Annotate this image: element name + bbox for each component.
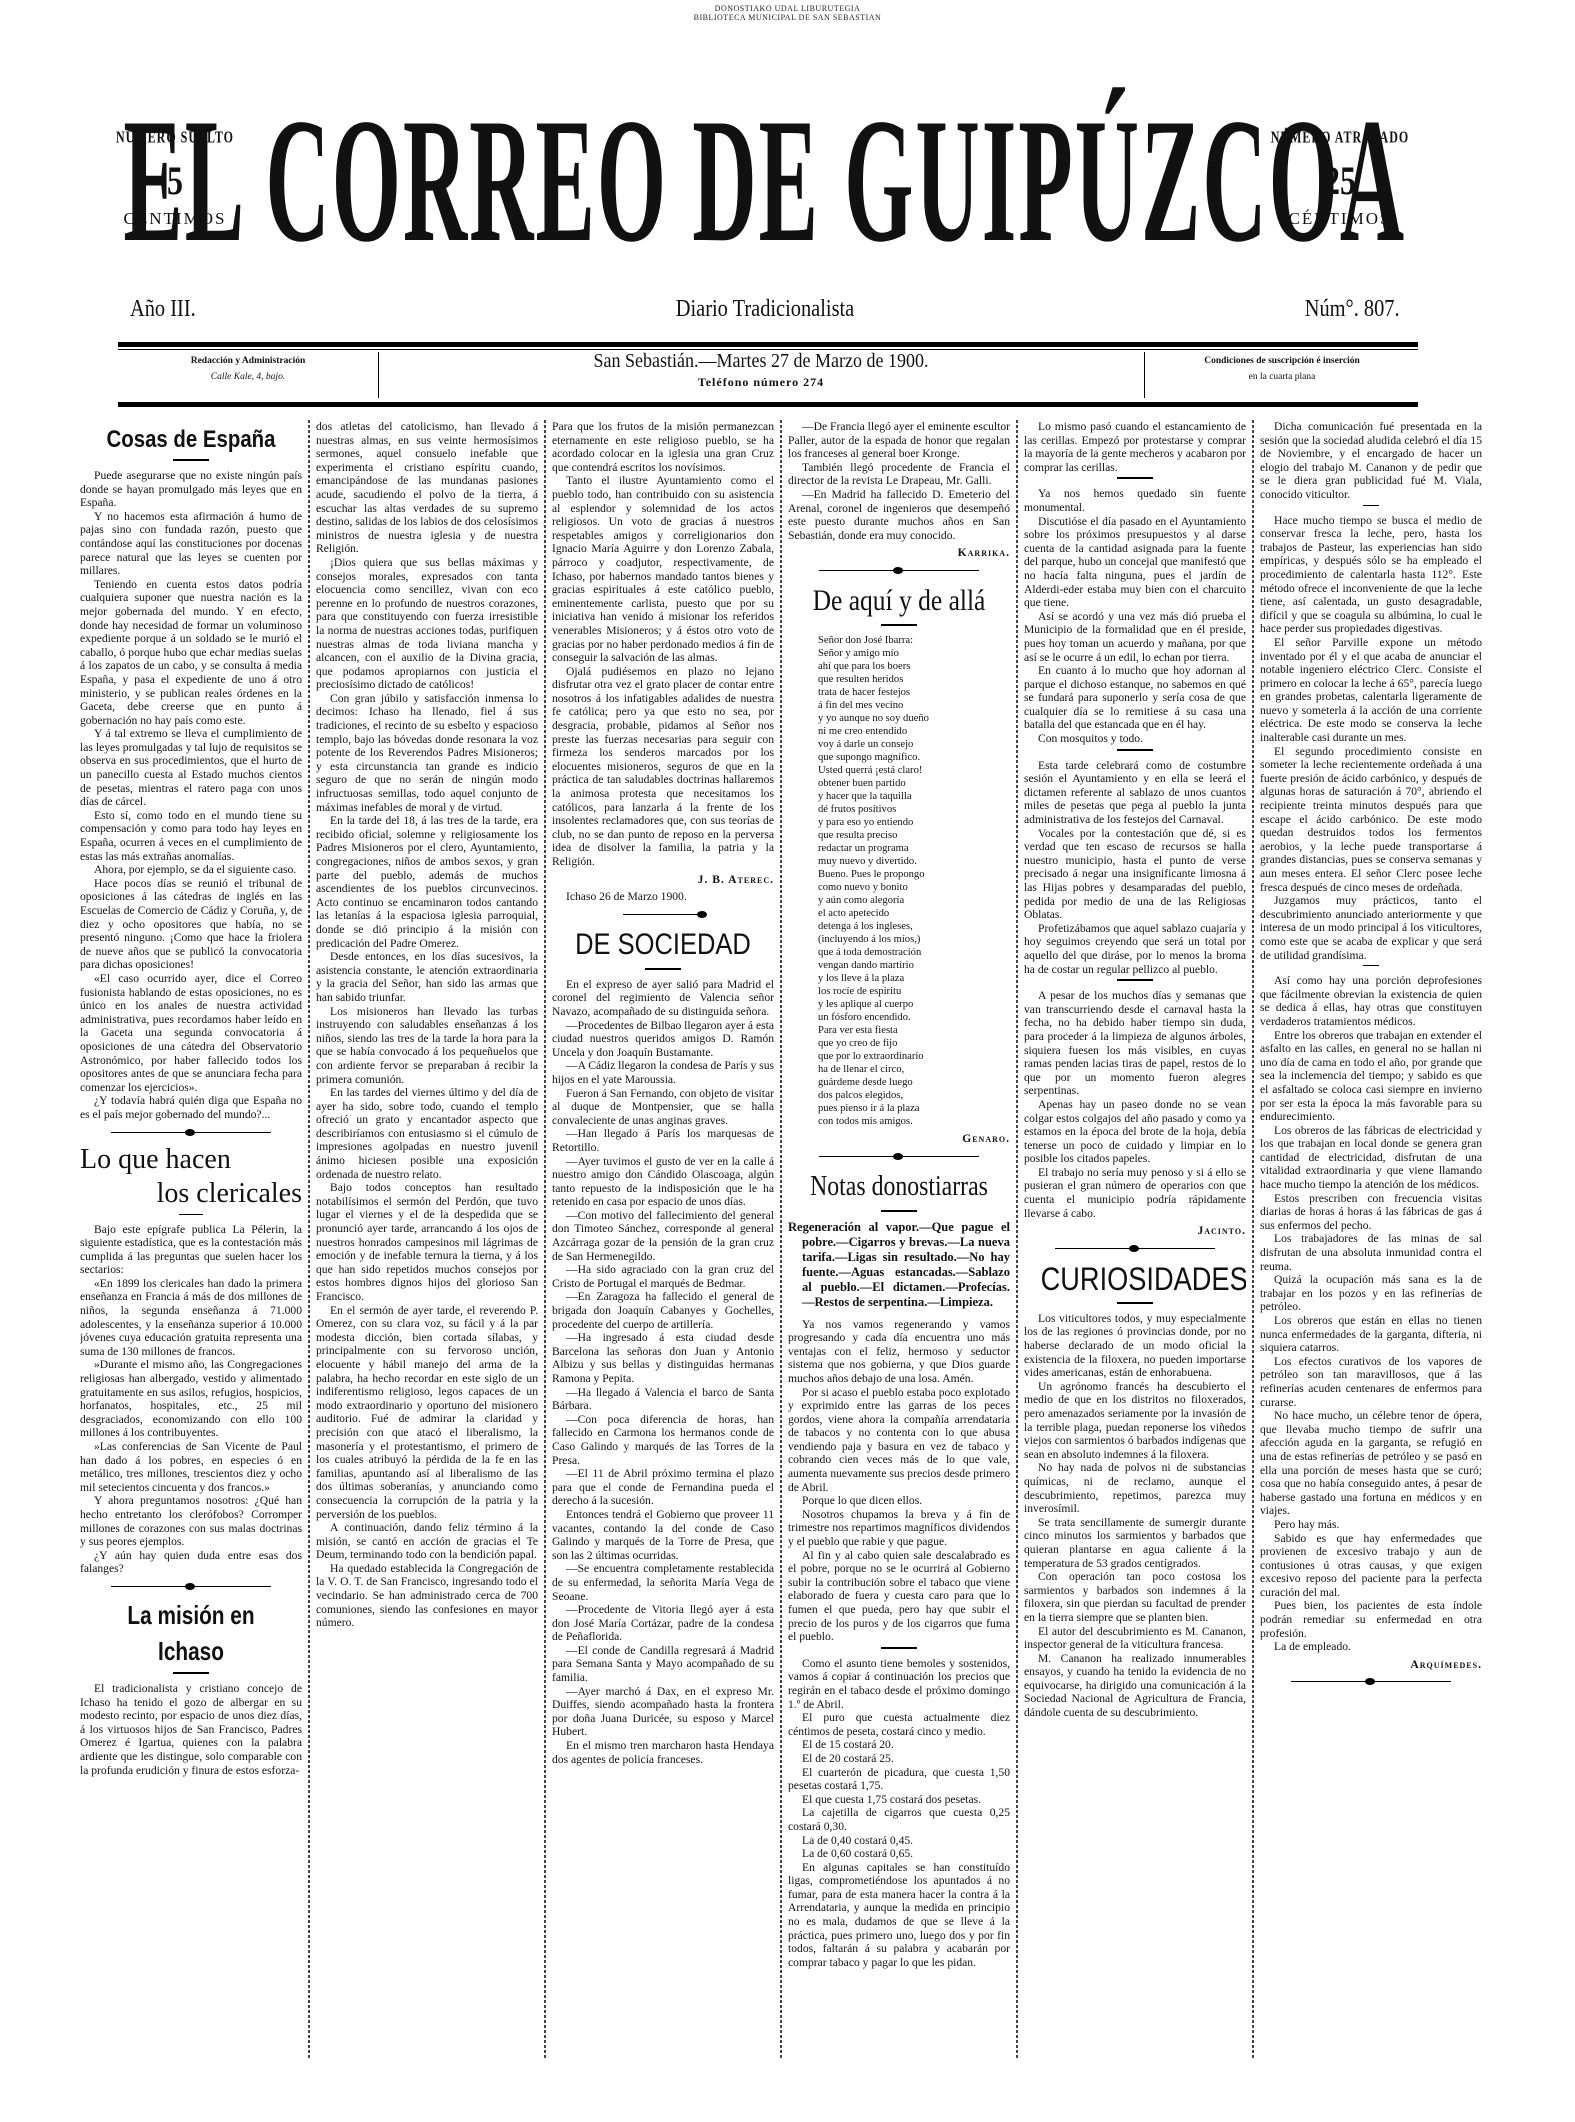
paragraph: —En Madrid ha fallecido D. Emeterio del … [788,488,1010,542]
ornamental-divider [111,1132,271,1133]
paragraph: Y ahora preguntamos nosotros: ¿Qué han h… [80,1494,302,1548]
paragraph: ¿Y aún hay quien duda entre esas dos fal… [80,1549,302,1576]
poem-line: pues pienso ir á la plaza [818,1102,1010,1115]
poem-line: y hacer que la taquilla [818,790,1010,803]
notas-summary: Regeneración al vapor.—Que pague el pobr… [788,1220,1010,1310]
paragraph: Con operación tan poco costosa los sarmi… [1024,1570,1246,1624]
price-line: La de 0,60 costará 0,65. [788,1847,1010,1861]
paragraph: Se trata sencillamente de sumergir duran… [1024,1516,1246,1570]
paragraph: En la tarde del 18, á las tres de la tar… [316,814,538,950]
ornamental-divider [623,914,703,915]
paragraph: —Ayer marchó á Dax, en el expreso Mr. Du… [552,1685,774,1739]
article-title-curiosidades: CURIOSIDADES [1041,1259,1230,1299]
paragraph: Estos prescriben con frecuencia visitas … [1260,1192,1482,1233]
poem-line: y los lleve á la plaza [818,972,1010,985]
poem-line: con todos mis amigos. [818,1115,1010,1128]
paragraph: A pesar de los muchos días y semanas que… [1024,989,1246,1098]
paragraph: Un agrónomo francés ha descubierto el me… [1024,1380,1246,1462]
section-break [1363,505,1379,506]
ornamental-divider [819,1156,979,1157]
paragraph: Ya nos vamos regenerando y vamos progres… [788,1318,1010,1386]
paragraph: En el sermón de ayer tarde, el reverendo… [316,1304,538,1522]
poem-line: obtener buen partido [818,777,1010,790]
paragraph: Ojalá pudiésemos en plazo no lejano disf… [552,665,774,869]
paragraph: ¡Dios quiera que sus bellas máximas y co… [316,556,538,692]
poem-line: redactar un programa [818,842,1010,855]
poem-line: Bueno. Pues le propongo [818,868,1010,881]
title-rule [881,1210,917,1212]
watermark-line-2: BIBLIOTECA MUNICIPAL DE SAN SEBASTIAN [0,13,1575,22]
publication-year: Año III. [130,296,196,323]
paragraph: No hay nada de polvos ni de substancias … [1024,1461,1246,1515]
column-rule [1016,420,1018,2060]
editorial-address: Redacción y Administración Calle Kale, 4… [118,350,378,400]
poem-line: y para eso yo entiendo [818,816,1010,829]
paragraph: Los efectos curativos de los vapores de … [1260,1355,1482,1409]
paragraph: Como el asunto tiene bemoles y sostenido… [788,1657,1010,1711]
paragraph: En el expreso de ayer salió para Madrid … [552,978,774,1019]
section-break [1363,965,1379,966]
price-line: El que cuesta 1,75 costará dos pesetas. [788,1793,1010,1807]
poem-line: Para ver esta fiesta [818,1024,1010,1037]
poem-line: como nuevo y bonito [818,881,1010,894]
poem-line: un fósforo encendido. [818,1011,1010,1024]
title-rule [173,1672,209,1674]
paragraph: Bajo todos conceptos han resultado notab… [316,1181,538,1303]
signature-arquimedes: Arquímedes. [1260,1658,1482,1672]
poem-line: los rocíe de espíritu [818,985,1010,998]
editorial-label: Redacción y Administración [118,356,378,366]
signature-karrika: Karrika. [788,546,1010,560]
column-1: Cosas de España Puede asegurarse que no … [80,420,302,2060]
paragraph: A continuación, dando feliz término á la… [316,1521,538,1562]
poem-line: el acto apetecido [818,907,1010,920]
paragraph: Ha quedado establecida la Congregación d… [316,1562,538,1630]
paragraph: —Ha llegado á Valencia el barco de Santa… [552,1386,774,1413]
signature-mision: J. B. Aterec. [552,873,774,887]
article-title-clericales-1: Lo que hacen [80,1143,302,1177]
poem: Señor don José Ibarra: Señor y amigo mío… [788,634,1010,1128]
paragraph: El tradicionalista y cristiano concejo d… [80,1682,302,1777]
masthead-subline: Año III. Diario Tradicionalista Núm°. 80… [130,296,1400,336]
paragraph: »Durante el mismo año, las Congregacione… [80,1358,302,1440]
paragraph: —Se encuentra completamente restablecida… [552,1562,774,1603]
paragraph: En el mismo tren marcharon hasta Hendaya… [552,1739,774,1766]
poem-line: á fin del mes vecino [818,699,1010,712]
info-divider [378,352,379,398]
paragraph: Lo mismo pasó cuando el estancamiento de… [1024,420,1246,474]
column-rule [780,420,782,2060]
signature-jacinto: Jacinto. [1024,1224,1246,1238]
paragraph: Los obreros que están en ellas no tienen… [1260,1314,1482,1355]
paragraph: Tanto el ilustre Ayuntamiento como el pu… [552,474,774,664]
section-break [881,1647,917,1649]
paragraph: Los trabajadores de las minas de sal dis… [1260,1232,1482,1273]
paragraph: —A Cádiz llegaron la condesa de París y … [552,1059,774,1086]
paragraph: Desde entonces, en los días sucesivos, l… [316,950,538,1004]
price-line: El cuarterón de picadura, que cuesta 1,5… [788,1766,1010,1793]
paragraph: Bajo este epígrafe publica La Pélerin, l… [80,1223,302,1277]
paragraph: Esto sí, como todo en el mundo tiene su … [80,809,302,863]
paragraph: —Con motivo del fallecimiento del genera… [552,1209,774,1263]
paragraph: Profetizábamos que aquel sablazo cuajarí… [1024,922,1246,976]
paragraph: También llegó procedente de Francia el d… [788,461,1010,488]
paragraph: —Con poca diferencia de horas, han falle… [552,1413,774,1467]
poem-line: dos palcos elegidos, [818,1089,1010,1102]
paragraph: Hace mucho tiempo se busca el medio de c… [1260,514,1482,636]
title-rule [173,459,209,461]
paragraph: Ahora, por ejemplo, se da el siguiente c… [80,863,302,877]
paragraph: Puede asegurarse que no existe ningún pa… [80,469,302,510]
paragraph: El puro que cuesta actualmente diez cént… [788,1711,1010,1738]
poem-line: Señor y amigo mío [818,647,1010,660]
paragraph: En algunas capitales se han constituído … [788,1861,1010,1970]
column-rule [308,420,310,2060]
section-break [1117,477,1153,479]
paragraph: ¿Y todavía habrá quién diga que España n… [80,1094,302,1121]
paragraph: Sabido es que hay enfermedades que provi… [1260,1532,1482,1600]
article-title-clericales-2: los clericales [80,1177,302,1211]
paragraph: Dicha comunicación fué presentada en la … [1260,420,1482,502]
article-title-aqui-y-alla: De aquí y de allá [805,581,994,621]
poem-line: y les aplique al cuerpo [818,998,1010,1011]
editorial-street: Calle Kale, 4, bajo. [118,372,378,382]
title-rule [645,968,681,970]
paragraph: Entre los obreros que trabajan en extend… [1260,1029,1482,1124]
paragraph: —Ha ingresado á esta ciudad desde Barcel… [552,1331,774,1385]
poem-line: que yo creo de fijo [818,1037,1010,1050]
paragraph: Vocales por la contestación que dé, si e… [1024,827,1246,922]
paragraph: —En Zaragoza ha fallecido el general de … [552,1290,774,1331]
paragraph: Con gran júbilo y satisfacción inmensa l… [316,692,538,814]
poem-line: vengan dando martirio [818,959,1010,972]
title-rule [1117,1302,1153,1304]
issue-number: Núm°. 807. [1305,296,1400,323]
paragraph: —El 11 de Abril próximo termina el plazo… [552,1467,774,1508]
paragraph: Al fin y al cabo quien sale descalabrado… [788,1549,1010,1644]
paragraph: El segundo procedimiento consiste en som… [1260,745,1482,895]
subscription-line-1: Condiciones de suscripción é inserción [1146,356,1418,366]
paragraph: Así se acordó y una vez más dió prueba e… [1024,610,1246,664]
column-rule [544,420,546,2060]
price-line: El de 15 costará 20. [788,1738,1010,1752]
poem-line: (incluyendo á los míos,) [818,933,1010,946]
price-line: La cajetilla de cigarros que cuesta 0,25… [788,1806,1010,1833]
dateline-block: San Sebastián.—Martes 27 de Marzo de 190… [380,350,1142,400]
column-6: Dicha comunicación fué presentada en la … [1260,420,1482,2060]
dateline-mision: Ichaso 26 de Marzo 1900. [552,890,774,904]
paragraph: Esta tarde celebrará como de costumbre s… [1024,759,1246,827]
ornamental-divider [1055,1248,1215,1249]
top-rule [118,342,1418,347]
column-2: dos atletas del catolicismo, han llevado… [316,420,538,2060]
watermark-line-1: DONOSTIAKO UDAL LIBURUTEGIA [0,4,1575,13]
paragraph: dos atletas del catolicismo, han llevado… [316,420,538,556]
bottom-rule [118,402,1418,407]
paragraph: —Ha sido agraciado con la gran cruz del … [552,1263,774,1290]
column-5: Lo mismo pasó cuando el estancamiento de… [1024,420,1246,2060]
paragraph: Y no hacemos esta afirmación á humo de p… [80,510,302,578]
paragraph: Así como hay una porción deprofesiones q… [1260,974,1482,1028]
paragraph: En las tardes del viernes último y del d… [316,1086,538,1181]
poem-line: y yo aunque no soy dueño [818,712,1010,725]
issue-date: San Sebastián.—Martes 27 de Marzo de 190… [418,350,1104,373]
paragraph: Fueron á San Fernando, con objeto de vis… [552,1087,774,1128]
article-title-cosas-de-espana: Cosas de España [97,424,286,456]
paragraph: La de empleado. [1260,1640,1482,1654]
paragraph: »Las conferencias de San Vicente de Paul… [80,1440,302,1494]
library-watermark: DONOSTIAKO UDAL LIBURUTEGIA BIBLIOTECA M… [0,4,1575,22]
newspaper-masthead: EL CORREO DE GUIPÚZCOA [300,100,1230,260]
column-4: —De Francia llegó ayer el eminente escul… [788,420,1010,2060]
paragraph: En cuanto á lo mucho que hoy adornan al … [1024,664,1246,732]
poem-line: Señor don José Ibarra: [818,634,1010,647]
article-columns: Cosas de España Puede asegurarse que no … [80,420,1475,2060]
paragraph: —Ayer tuvimos el gusto de ver en la call… [552,1155,774,1209]
column-rule [1252,420,1254,2060]
article-title-notas: Notas donostiarras [805,1167,994,1207]
paragraph: Discutióse el día pasado en el Ayuntamie… [1024,515,1246,610]
poem-line: y aún como alegoría [818,894,1010,907]
phone-number: Teléfono número 274 [380,375,1142,390]
paragraph: Los obreros de las fábricas de electrici… [1260,1124,1482,1192]
paragraph: Porque lo que dicen ellos. [788,1494,1010,1508]
paragraph: Juzgamos muy prácticos, tanto el descubr… [1260,894,1482,962]
poem-line: ahí que para los boers [818,660,1010,673]
poem-line: que resulten heridos [818,673,1010,686]
paragraph: «El caso ocurrido ayer, dice el Correo f… [80,972,302,1094]
title-rule [179,1214,203,1215]
paragraph: Teniendo en cuenta estos datos podría cu… [80,578,302,728]
signature-genaro: Genaro. [788,1132,1010,1146]
paragraph: Por si acaso el pueblo estaba poco explo… [788,1386,1010,1495]
back-issue-value: 25 [1280,161,1400,201]
price-line: El de 20 costará 25. [788,1752,1010,1766]
article-title-mision: La misión en Ichaso [102,1597,280,1669]
paragraph: Los viticultores todos, y muy especialme… [1024,1312,1246,1380]
poem-line: dé frutos positivos [818,803,1010,816]
section-break [1117,979,1153,981]
poem-line: trata de hacer festejos [818,686,1010,699]
article-title-sociedad: DE SOCIEDAD [569,925,758,965]
column-3: Para que los frutos de la misión permane… [552,420,774,2060]
paragraph: —Han llegado á París los marquesas de Re… [552,1127,774,1154]
section-break [1117,749,1153,751]
paragraph: El autor del descubrimiento es M. Canano… [1024,1625,1246,1652]
ornamental-divider [1291,1681,1451,1682]
poem-line: voy á darle un consejo [818,738,1010,751]
info-bar: Redacción y Administración Calle Kale, 4… [118,350,1418,400]
paragraph: Quizá la ocupación más sana es la de tra… [1260,1273,1482,1314]
paragraph: Con mosquitos y todo. [1024,732,1246,746]
paragraph: El señor Parville expone un método inven… [1260,636,1482,745]
paragraph: No hace mucho, un célebre tenor de ópera… [1260,1409,1482,1518]
info-divider [1144,352,1145,398]
paragraph: —Procedentes de Bilbao llegaron ayer á e… [552,1019,774,1060]
paragraph: El trabajo no sería muy penoso y si á el… [1024,1166,1246,1220]
newspaper-subtitle: Diario Tradicionalista [225,296,1305,323]
paragraph: Nosotros chupamos la breva y á fin de tr… [788,1508,1010,1549]
paragraph: —El conde de Candilla regresará á Madrid… [552,1644,774,1685]
newspaper-title: EL CORREO DE GUIPÚZCOA [124,100,1407,260]
poem-line: que resulta preciso [818,829,1010,842]
ornamental-divider [111,1586,271,1587]
poem-line: detenga á los ingleses, [818,920,1010,933]
poem-line: ni me creo entendido [818,725,1010,738]
poem-line: que á toda demostración [818,946,1010,959]
paragraph: Pues bien, los pacientes de esta índole … [1260,1599,1482,1640]
back-issue-price: NÚMERO ATRASADO 25 CÉNTIMOS [1265,130,1415,229]
paragraph: Pero hay más. [1260,1518,1482,1532]
subscription-notice: Condiciones de suscripción é inserción e… [1146,350,1418,400]
title-rule [881,624,917,626]
ornamental-divider [819,570,979,571]
paragraph: Apenas hay un paseo donde no se vean col… [1024,1098,1246,1166]
poem-line: Usted querrá ¡está claro! [818,764,1010,777]
poem-line: guárdeme desde luego [818,1076,1010,1089]
paragraph: Ya nos hemos quedado sin fuente monument… [1024,487,1246,514]
paragraph: Los misioneros han llevado las turbas in… [316,1005,538,1087]
back-issue-label: NÚMERO ATRASADO [1265,127,1415,148]
back-issue-unit: CÉNTIMOS [1265,209,1415,229]
paragraph: M. Cananon ha realizado innumerables ens… [1024,1652,1246,1720]
paragraph: Hace pocos días se reunió el tribunal de… [80,877,302,972]
price-line: La de 0,40 costará 0,45. [788,1834,1010,1848]
subscription-line-2: en la cuarta plana [1146,372,1418,382]
paragraph: Y á tal extremo se lleva el cumplimiento… [80,727,302,809]
paragraph: —De Francia llegó ayer el eminente escul… [788,420,1010,461]
poem-line: que por lo extraordinario [818,1050,1010,1063]
paragraph: —Procedente de Vitoria llegó ayer á esta… [552,1603,774,1644]
poem-line: muy nuevo y divertido. [818,855,1010,868]
paragraph: «En 1899 los clericales han dado la prim… [80,1277,302,1359]
poem-line: ha de llenar el circo, [818,1063,1010,1076]
poem-line: que supongo magnífico. [818,751,1010,764]
paragraph: Entonces tendrá el Gobierno que proveer … [552,1508,774,1562]
paragraph: Para que los frutos de la misión permane… [552,420,774,474]
